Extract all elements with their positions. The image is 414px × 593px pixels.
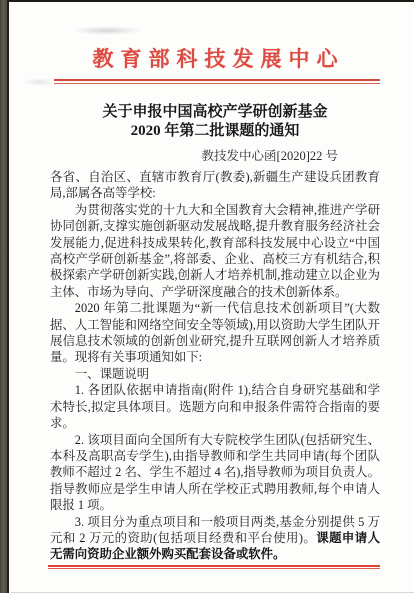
document-number: 教技发中心函[2020]22 号	[50, 149, 380, 164]
document-body: 各省、自治区、直辖市教育厅(教委),新疆生产建设兵团教育局,部属各高等学校: 为…	[50, 169, 380, 563]
body-paragraph: 3. 项目分为重点项目和一般项目两类,基金分别提供 5 万元和 2 万元的资助(…	[50, 514, 380, 563]
scanned-document-page: 教育部科技发展中心 关于申报中国高校产学研创新基金 2020 年第二批课题的通知…	[0, 0, 414, 593]
letterhead-org-name: 教育部科技发展中心	[50, 46, 380, 72]
body-paragraph: 为贯彻落实党的十九大和全国教育大会精神,推进产学研协同创新,支撑实施创新驱动发展…	[50, 202, 380, 300]
salutation: 各省、自治区、直辖市教育厅(教委),新疆生产建设兵团教育局,部属各高等学校:	[50, 169, 380, 202]
emphasis-red-underline	[48, 565, 380, 569]
document-title: 关于申报中国高校产学研创新基金 2020 年第二批课题的通知	[50, 103, 380, 140]
document-content: 教育部科技发展中心 关于申报中国高校产学研创新基金 2020 年第二批课题的通知…	[50, 0, 380, 569]
section-heading: 一、课题说明	[50, 366, 380, 382]
scan-edge-left	[0, 0, 9, 593]
body-paragraph: 2020 年第二批课题为“新一代信息技术创新项目”(大数据、人工智能和网络空间安…	[50, 300, 380, 366]
body-paragraph: 1. 各团队依据申请指南(附件 1),结合自身研究基础和学术特长,拟定具体项目。…	[50, 382, 380, 431]
body-paragraph: 2. 该项目面向全国所有大专院校学生团队(包括研究生、本科及高职高专学生),由指…	[50, 432, 380, 514]
document-title-line1: 关于申报中国高校产学研创新基金	[50, 103, 380, 122]
letterhead-double-rule	[54, 79, 380, 84]
document-title-line2: 2020 年第二批课题的通知	[50, 122, 380, 141]
